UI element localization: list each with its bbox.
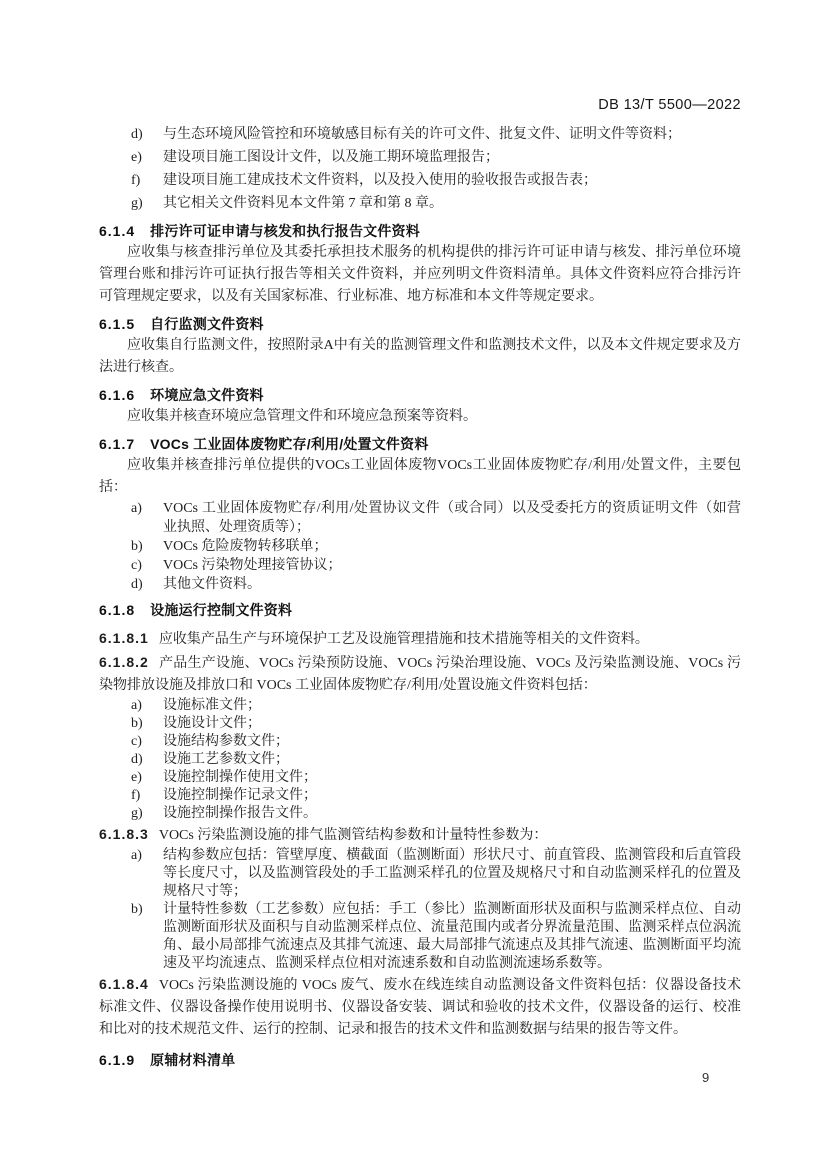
section-heading-6-1-7: 6.1.7VOCs 工业固体废物贮存/利用/处置文件资料 bbox=[99, 433, 741, 455]
section-title: 排污许可证申请与核发和执行报告文件资料 bbox=[150, 223, 420, 239]
list-item: g) 设施控制操作报告文件。 bbox=[131, 805, 741, 823]
list-item-text: 其它相关文件资料见本文件第 7 章和第 8 章。 bbox=[163, 192, 741, 215]
list-item: f) 建设项目施工建成技术文件资料，以及投入使用的验收报告或报告表； bbox=[131, 169, 741, 192]
list-item-label: c) bbox=[131, 733, 163, 751]
list-item-label: f) bbox=[131, 787, 163, 805]
list-item: d) 与生态环境风险管控和环境敏感目标有关的许可文件、批复文件、证明文件等资料； bbox=[131, 123, 741, 146]
section-number: 6.1.9 bbox=[99, 1052, 135, 1068]
list-item: e) 设施控制操作使用文件； bbox=[131, 769, 741, 787]
section-6-1-7-list: a) VOCs 工业固体废物贮存/利用/处置协议文件（或合同）以及受委托方的资质… bbox=[99, 499, 741, 594]
list-item-label: g) bbox=[131, 805, 163, 823]
clause-6-1-8-4: 6.1.8.4VOCs 污染监测设施的 VOCs 废气、废水在线连续自动监测设备… bbox=[99, 973, 741, 1041]
clause-text: VOCs 污染监测设施的 VOCs 废气、废水在线连续自动监测设备文件资料包括：… bbox=[99, 978, 741, 1037]
list-item-text: 建设项目施工建成技术文件资料，以及投入使用的验收报告或报告表； bbox=[163, 169, 741, 192]
list-item-text: 设施控制操作使用文件； bbox=[163, 769, 741, 787]
section-number: 6.1.8 bbox=[99, 602, 135, 618]
section-paragraph: 应收集与核查排污单位及其委托承担技术服务的机构提供的排污许可证申请与核发、排污单… bbox=[99, 242, 741, 308]
carryover-list: d) 与生态环境风险管控和环境敏感目标有关的许可文件、批复文件、证明文件等资料；… bbox=[99, 123, 741, 215]
list-item: b) 设施设计文件； bbox=[131, 715, 741, 733]
list-item: a) VOCs 工业固体废物贮存/利用/处置协议文件（或合同）以及受委托方的资质… bbox=[131, 499, 741, 537]
list-item-label: a) bbox=[131, 499, 163, 537]
list-item-text: 设施控制操作报告文件。 bbox=[163, 805, 741, 823]
list-item-label: g) bbox=[131, 192, 163, 215]
list-item-label: b) bbox=[131, 901, 163, 973]
list-item-text: 设施控制操作记录文件； bbox=[163, 787, 741, 805]
section-title: 原辅材料清单 bbox=[150, 1052, 235, 1068]
list-item-label: d) bbox=[131, 123, 163, 146]
list-item-label: d) bbox=[131, 751, 163, 769]
list-item-text: VOCs 工业固体废物贮存/利用/处置协议文件（或合同）以及受委托方的资质证明文… bbox=[163, 499, 741, 537]
list-item-text: 结构参数应包括：管壁厚度、横截面（监测断面）形状尺寸、前直管段、监测管段和后直管… bbox=[163, 847, 741, 901]
list-item-label: d) bbox=[131, 575, 163, 594]
list-item-text: 设施工艺参数文件； bbox=[163, 751, 741, 769]
section-heading-6-1-4: 6.1.4排污许可证申请与核发和执行报告文件资料 bbox=[99, 220, 741, 242]
list-item-label: f) bbox=[131, 169, 163, 192]
list-item-label: e) bbox=[131, 769, 163, 787]
list-item-text: 计量特性参数（工艺参数）应包括：手工（参比）监测断面形状及面积与监测采样点位、自… bbox=[163, 901, 741, 973]
page-content: DB 13/T 5500—2022 d) 与生态环境风险管控和环境敏感目标有关的… bbox=[99, 97, 741, 1071]
list-item-label: a) bbox=[131, 697, 163, 715]
clause-6-1-8-3-list: a) 结构参数应包括：管壁厚度、横截面（监测断面）形状尺寸、前直管段、监测管段和… bbox=[99, 847, 741, 973]
clause-6-1-8-2: 6.1.8.2产品生产设施、VOCs 污染预防设施、VOCs 污染治理设施、VO… bbox=[99, 651, 741, 697]
section-title: 自行监测文件资料 bbox=[150, 316, 264, 332]
list-item-text: 设施结构参数文件； bbox=[163, 733, 741, 751]
list-item: c) VOCs 污染物处理接管协议； bbox=[131, 556, 741, 575]
list-item: a) 设施标准文件； bbox=[131, 697, 741, 715]
list-item-text: 与生态环境风险管控和环境敏感目标有关的许可文件、批复文件、证明文件等资料； bbox=[163, 123, 741, 146]
section-number: 6.1.7 bbox=[99, 436, 135, 452]
page-number: 9 bbox=[702, 1070, 709, 1085]
section-heading-6-1-9: 6.1.9原辅材料清单 bbox=[99, 1049, 741, 1071]
clause-6-1-8-2-list: a) 设施标准文件； b) 设施设计文件； c) 设施结构参数文件； d) 设施… bbox=[99, 697, 741, 823]
clause-number: 6.1.8.1 bbox=[99, 630, 149, 646]
clause-text: VOCs 污染监测设施的排气监测管结构参数和计量特性参数为： bbox=[159, 828, 548, 843]
list-item-text: VOCs 污染物处理接管协议； bbox=[163, 556, 741, 575]
list-item: b) VOCs 危险废物转移联单； bbox=[131, 537, 741, 556]
list-item-text: VOCs 危险废物转移联单； bbox=[163, 537, 741, 556]
section-paragraph: 应收集并核查排污单位提供的VOCs工业固体废物VOCs工业固体废物贮存/利用/处… bbox=[99, 455, 741, 499]
clause-text: 产品生产设施、VOCs 污染预防设施、VOCs 污染治理设施、VOCs 及污染监… bbox=[99, 656, 741, 693]
list-item-label: b) bbox=[131, 537, 163, 556]
list-item: a) 结构参数应包括：管壁厚度、横截面（监测断面）形状尺寸、前直管段、监测管段和… bbox=[131, 847, 741, 901]
list-item-label: c) bbox=[131, 556, 163, 575]
section-heading-6-1-8: 6.1.8设施运行控制文件资料 bbox=[99, 599, 741, 621]
section-6-1-8-clauses: 6.1.8.1应收集产品生产与环境保护工艺及设施管理措施和技术措施等相关的文件资… bbox=[99, 627, 741, 1041]
clause-text: 应收集产品生产与环境保护工艺及设施管理措施和技术措施等相关的文件资料。 bbox=[159, 632, 649, 647]
section-number: 6.1.5 bbox=[99, 316, 135, 332]
list-item: g) 其它相关文件资料见本文件第 7 章和第 8 章。 bbox=[131, 192, 741, 215]
clause-number: 6.1.8.2 bbox=[99, 654, 149, 670]
section-paragraph: 应收集自行监测文件，按照附录A中有关的监测管理文件和监测技术文件，以及本文件规定… bbox=[99, 335, 741, 379]
section-heading-6-1-5: 6.1.5自行监测文件资料 bbox=[99, 313, 741, 335]
list-item-label: e) bbox=[131, 146, 163, 169]
section-title: 环境应急文件资料 bbox=[150, 387, 264, 403]
clause-number: 6.1.8.3 bbox=[99, 826, 149, 842]
list-item-label: b) bbox=[131, 715, 163, 733]
list-item: d) 设施工艺参数文件； bbox=[131, 751, 741, 769]
list-item: b) 计量特性参数（工艺参数）应包括：手工（参比）监测断面形状及面积与监测采样点… bbox=[131, 901, 741, 973]
clause-number: 6.1.8.4 bbox=[99, 976, 149, 992]
section-title: VOCs 工业固体废物贮存/利用/处置文件资料 bbox=[150, 436, 428, 452]
list-item: f) 设施控制操作记录文件； bbox=[131, 787, 741, 805]
list-item-text: 设施标准文件； bbox=[163, 697, 741, 715]
section-paragraph: 应收集并核查环境应急管理文件和环境应急预案等资料。 bbox=[99, 406, 741, 428]
list-item: e) 建设项目施工图设计文件，以及施工期环境监理报告； bbox=[131, 146, 741, 169]
list-item: c) 设施结构参数文件； bbox=[131, 733, 741, 751]
list-item-label: a) bbox=[131, 847, 163, 901]
section-number: 6.1.4 bbox=[99, 223, 135, 239]
list-item: d) 其他文件资料。 bbox=[131, 575, 741, 594]
list-item-text: 其他文件资料。 bbox=[163, 575, 741, 594]
section-title: 设施运行控制文件资料 bbox=[150, 602, 292, 618]
list-item-text: 建设项目施工图设计文件，以及施工期环境监理报告； bbox=[163, 146, 741, 169]
document-page: DB 13/T 5500—2022 d) 与生态环境风险管控和环境敏感目标有关的… bbox=[0, 0, 826, 1169]
standard-code: DB 13/T 5500—2022 bbox=[99, 97, 741, 113]
section-number: 6.1.6 bbox=[99, 387, 135, 403]
list-item-text: 设施设计文件； bbox=[163, 715, 741, 733]
clause-6-1-8-1: 6.1.8.1应收集产品生产与环境保护工艺及设施管理措施和技术措施等相关的文件资… bbox=[99, 627, 741, 651]
clause-6-1-8-3: 6.1.8.3VOCs 污染监测设施的排气监测管结构参数和计量特性参数为： bbox=[99, 823, 741, 847]
section-heading-6-1-6: 6.1.6环境应急文件资料 bbox=[99, 384, 741, 406]
